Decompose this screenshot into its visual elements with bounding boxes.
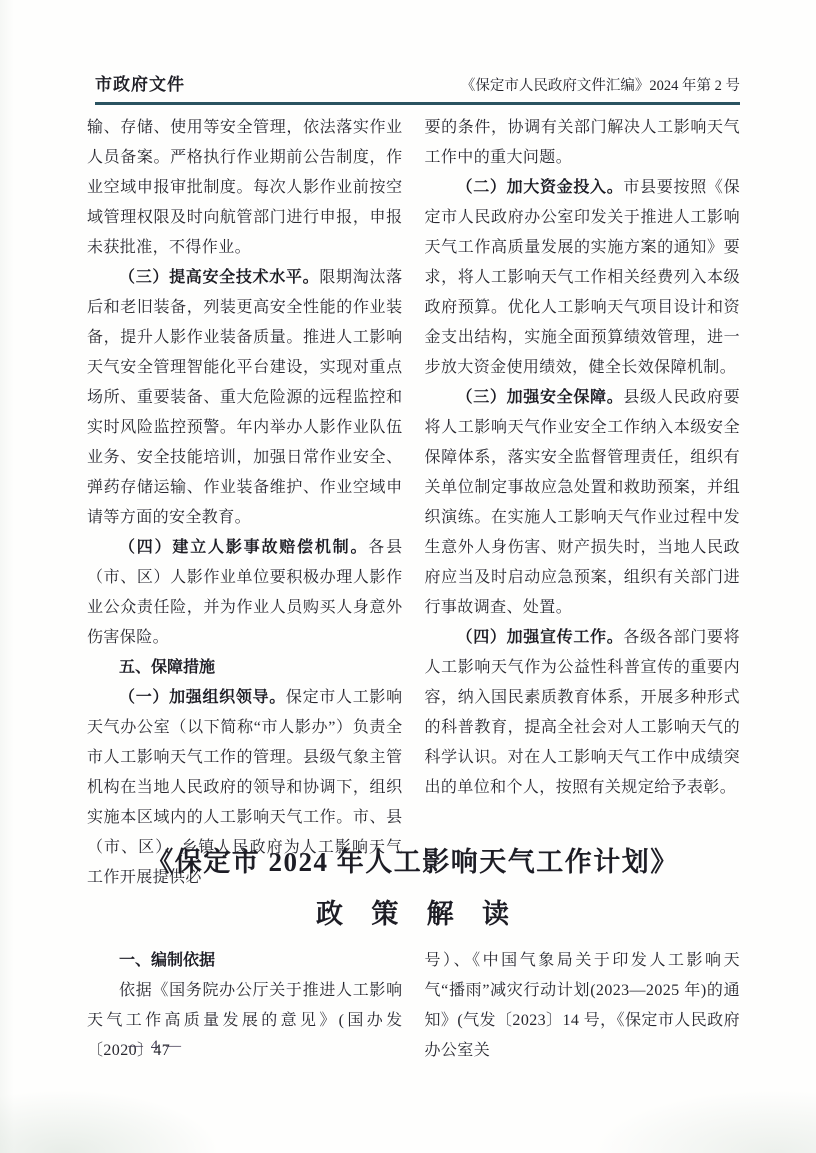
right-column: 要的条件，协调有关部门解决人工影响天气工作中的重大问题。 （二）加大资金投入。市…: [425, 113, 741, 893]
page-number: — 4 —: [128, 1038, 183, 1055]
header-compilation-title: 《保定市人民政府文件汇编》2024 年第 2 号: [461, 74, 740, 95]
policy-interpretation-title: 《保定市 2024 年人工影响天气工作计划》 政策解读: [85, 840, 740, 931]
paragraph: 输、存储、使用等安全管理，依法落实作业人员备案。严格执行作业期前公告制度，作业空…: [87, 113, 403, 263]
paragraph: （三）加强安全保障。县级人民政府要将人工影响天气作业安全工作纳入本级安全保障体系…: [425, 383, 741, 623]
paragraph: 号）、《中国气象局关于印发人工影响天气“播雨”减灾行动计划(2023—2025 …: [425, 946, 741, 1066]
page-header: 市政府文件 《保定市人民政府文件汇编》2024 年第 2 号: [95, 70, 740, 105]
paragraph-lead: （三）加强安全保障。: [457, 389, 624, 406]
paragraph-text: 市县要按照《保定市人民政府办公室印发关于推进人工影响天气工作高质量发展的实施方案…: [425, 179, 741, 376]
section-heading: 一、编制依据: [87, 946, 403, 976]
left-column: 输、存储、使用等安全管理，依法落实作业人员备案。严格执行作业期前公告制度，作业空…: [87, 113, 403, 893]
paragraph-text: 输、存储、使用等安全管理，依法落实作业人员备案。严格执行作业期前公告制度，作业空…: [87, 119, 403, 256]
paragraph: （二）加大资金投入。市县要按照《保定市人民政府办公室印发关于推进人工影响天气工作…: [425, 173, 741, 383]
paragraph-lead: （一）加强组织领导。: [119, 689, 286, 706]
bottom-right-column: 号）、《中国气象局关于印发人工影响天气“播雨”减灾行动计划(2023—2025 …: [425, 946, 741, 1066]
title-policy-interpretation: 政策解读: [85, 892, 740, 931]
paragraph: 要的条件，协调有关部门解决人工影响天气工作中的重大问题。: [425, 113, 741, 173]
header-doc-type: 市政府文件: [95, 70, 185, 95]
paragraph-text: 要的条件，协调有关部门解决人工影响天气工作中的重大问题。: [425, 119, 741, 166]
paragraph-text: 各级各部门要将人工影响天气作为公益性科普宣传的重要内容，纳入国民素质教育体系，开…: [425, 629, 741, 796]
bottom-text-columns: 一、编制依据 依据《国务院办公厅关于推进人工影响天气工作高质量发展的意见》(国办…: [87, 946, 740, 1066]
title-plan-name: 《保定市 2024 年人工影响天气工作计划》: [85, 840, 740, 879]
paragraph-text: 限期淘汰落后和老旧装备，列装更高安全性能的作业装备，提升人影作业装备质量。推进人…: [87, 269, 403, 526]
paragraph: （三）提高安全技术水平。限期淘汰落后和老旧装备，列装更高安全性能的作业装备，提升…: [87, 263, 403, 533]
paragraph-lead: （四）建立人影事故赔偿机制。: [119, 539, 368, 556]
paragraph-lead: （二）加大资金投入。: [457, 179, 624, 196]
main-text-columns: 输、存储、使用等安全管理，依法落实作业人员备案。严格执行作业期前公告制度，作业空…: [87, 113, 740, 893]
paragraph: （四）建立人影事故赔偿机制。各县（市、区）人影作业单位要积极办理人影作业公众责任…: [87, 533, 403, 653]
paragraph-lead: （三）提高安全技术水平。: [119, 269, 319, 286]
paragraph: （四）加强宣传工作。各级各部门要将人工影响天气作为公益性科普宣传的重要内容，纳入…: [425, 623, 741, 803]
document-page: 市政府文件 《保定市人民政府文件汇编》2024 年第 2 号 输、存储、使用等安…: [0, 0, 816, 1153]
paragraph-lead: （四）加强宣传工作。: [457, 629, 624, 646]
paragraph-text: 县级人民政府要将人工影响天气作业安全工作纳入本级安全保障体系，落实安全监督管理责…: [425, 389, 741, 616]
section-heading: 五、保障措施: [87, 653, 403, 683]
